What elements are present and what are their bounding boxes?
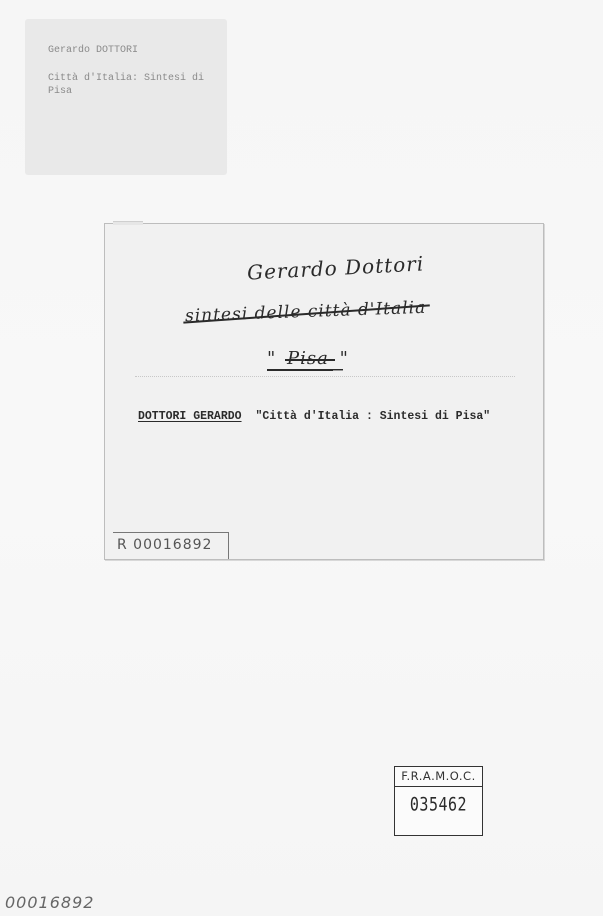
stamp-header: F.R.A.M.O.C. [395,767,482,787]
label-author: Gerardo DOTTORI [48,44,227,57]
card-fold [113,221,143,225]
typed-author: DOTTORI GERARDO [138,410,242,423]
reference-code: R 00016892 [117,537,212,553]
handwritten-inventory-code: 00016892 [5,893,94,912]
strikethrough-line [285,359,335,361]
index-card: Gerardo Dottori sintesi delle città d'It… [104,223,544,560]
pencil-mark [333,370,343,371]
catalog-label: Gerardo DOTTORI Città d'Italia: Sintesi … [25,19,227,175]
typed-entry: DOTTORI GERARDO"Città d'Italia : Sintesi… [138,410,490,423]
label-title: Città d'Italia: Sintesi di Pisa [48,72,218,98]
handwritten-work-title: " Pisa " [267,348,349,369]
scanned-document-page: Gerardo DOTTORI Città d'Italia: Sintesi … [0,0,603,916]
handwritten-subtitle-struck: sintesi delle città d'Italia [185,298,427,326]
open-quote: " [267,348,276,369]
archive-stamp: F.R.A.M.O.C. 035462 [394,766,483,836]
faint-dotted-line [135,376,515,384]
handwritten-title-word: Pisa [283,348,333,369]
close-quote: " [340,348,349,369]
handwritten-artist-name: Gerardo Dottori [246,251,424,284]
typed-title: "Città d'Italia : Sintesi di Pisa" [256,410,491,423]
stamp-number: 035462 [395,793,482,816]
underline [267,369,343,371]
